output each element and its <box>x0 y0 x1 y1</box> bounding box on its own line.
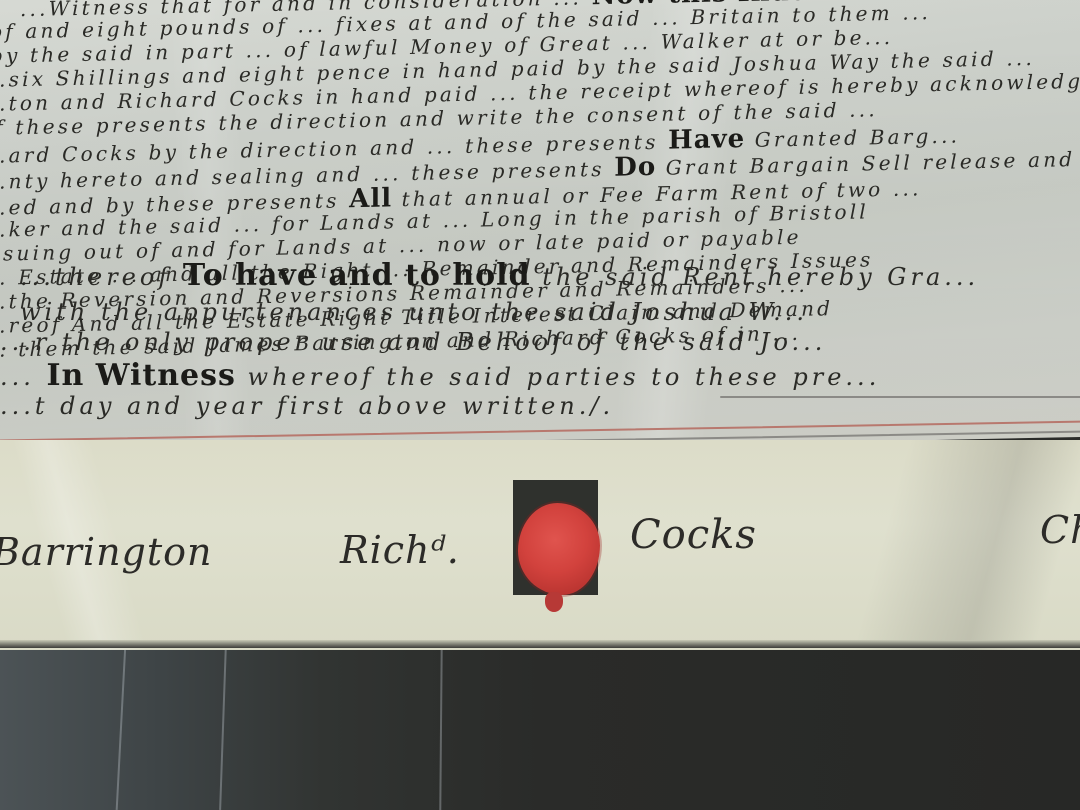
signature-partial: Ch <box>1040 508 1080 552</box>
heading-in-witness: In Witness <box>47 358 236 393</box>
text-line: ... In Witness whereof the said parties … <box>0 358 880 393</box>
scratch-mark <box>219 645 227 810</box>
text-line: ...r the only proper use and Behoof of t… <box>0 328 826 356</box>
wax-seal-icon <box>518 503 600 595</box>
scratch-mark <box>439 645 442 810</box>
signature-richd: Richᵈ. <box>340 528 460 572</box>
text-line: ...thereof To have and to hold the said … <box>20 258 979 293</box>
flap-edge <box>0 640 1080 648</box>
closing-rule <box>720 396 1080 398</box>
scratch-mark <box>116 645 127 810</box>
text-line: with the appurtenances unto the said Jos… <box>20 298 808 326</box>
heading-to-have-and-to-hold: To have and to hold <box>183 258 531 293</box>
table-surface <box>0 645 1080 810</box>
text-line: ...t day and year first above written./. <box>0 392 614 420</box>
signature-barrington: Barrington <box>0 530 212 574</box>
wax-seal-drip <box>545 592 563 612</box>
document-photo: ...Witness that for and in consideration… <box>0 0 1080 810</box>
signature-cocks: Cocks <box>630 512 757 558</box>
